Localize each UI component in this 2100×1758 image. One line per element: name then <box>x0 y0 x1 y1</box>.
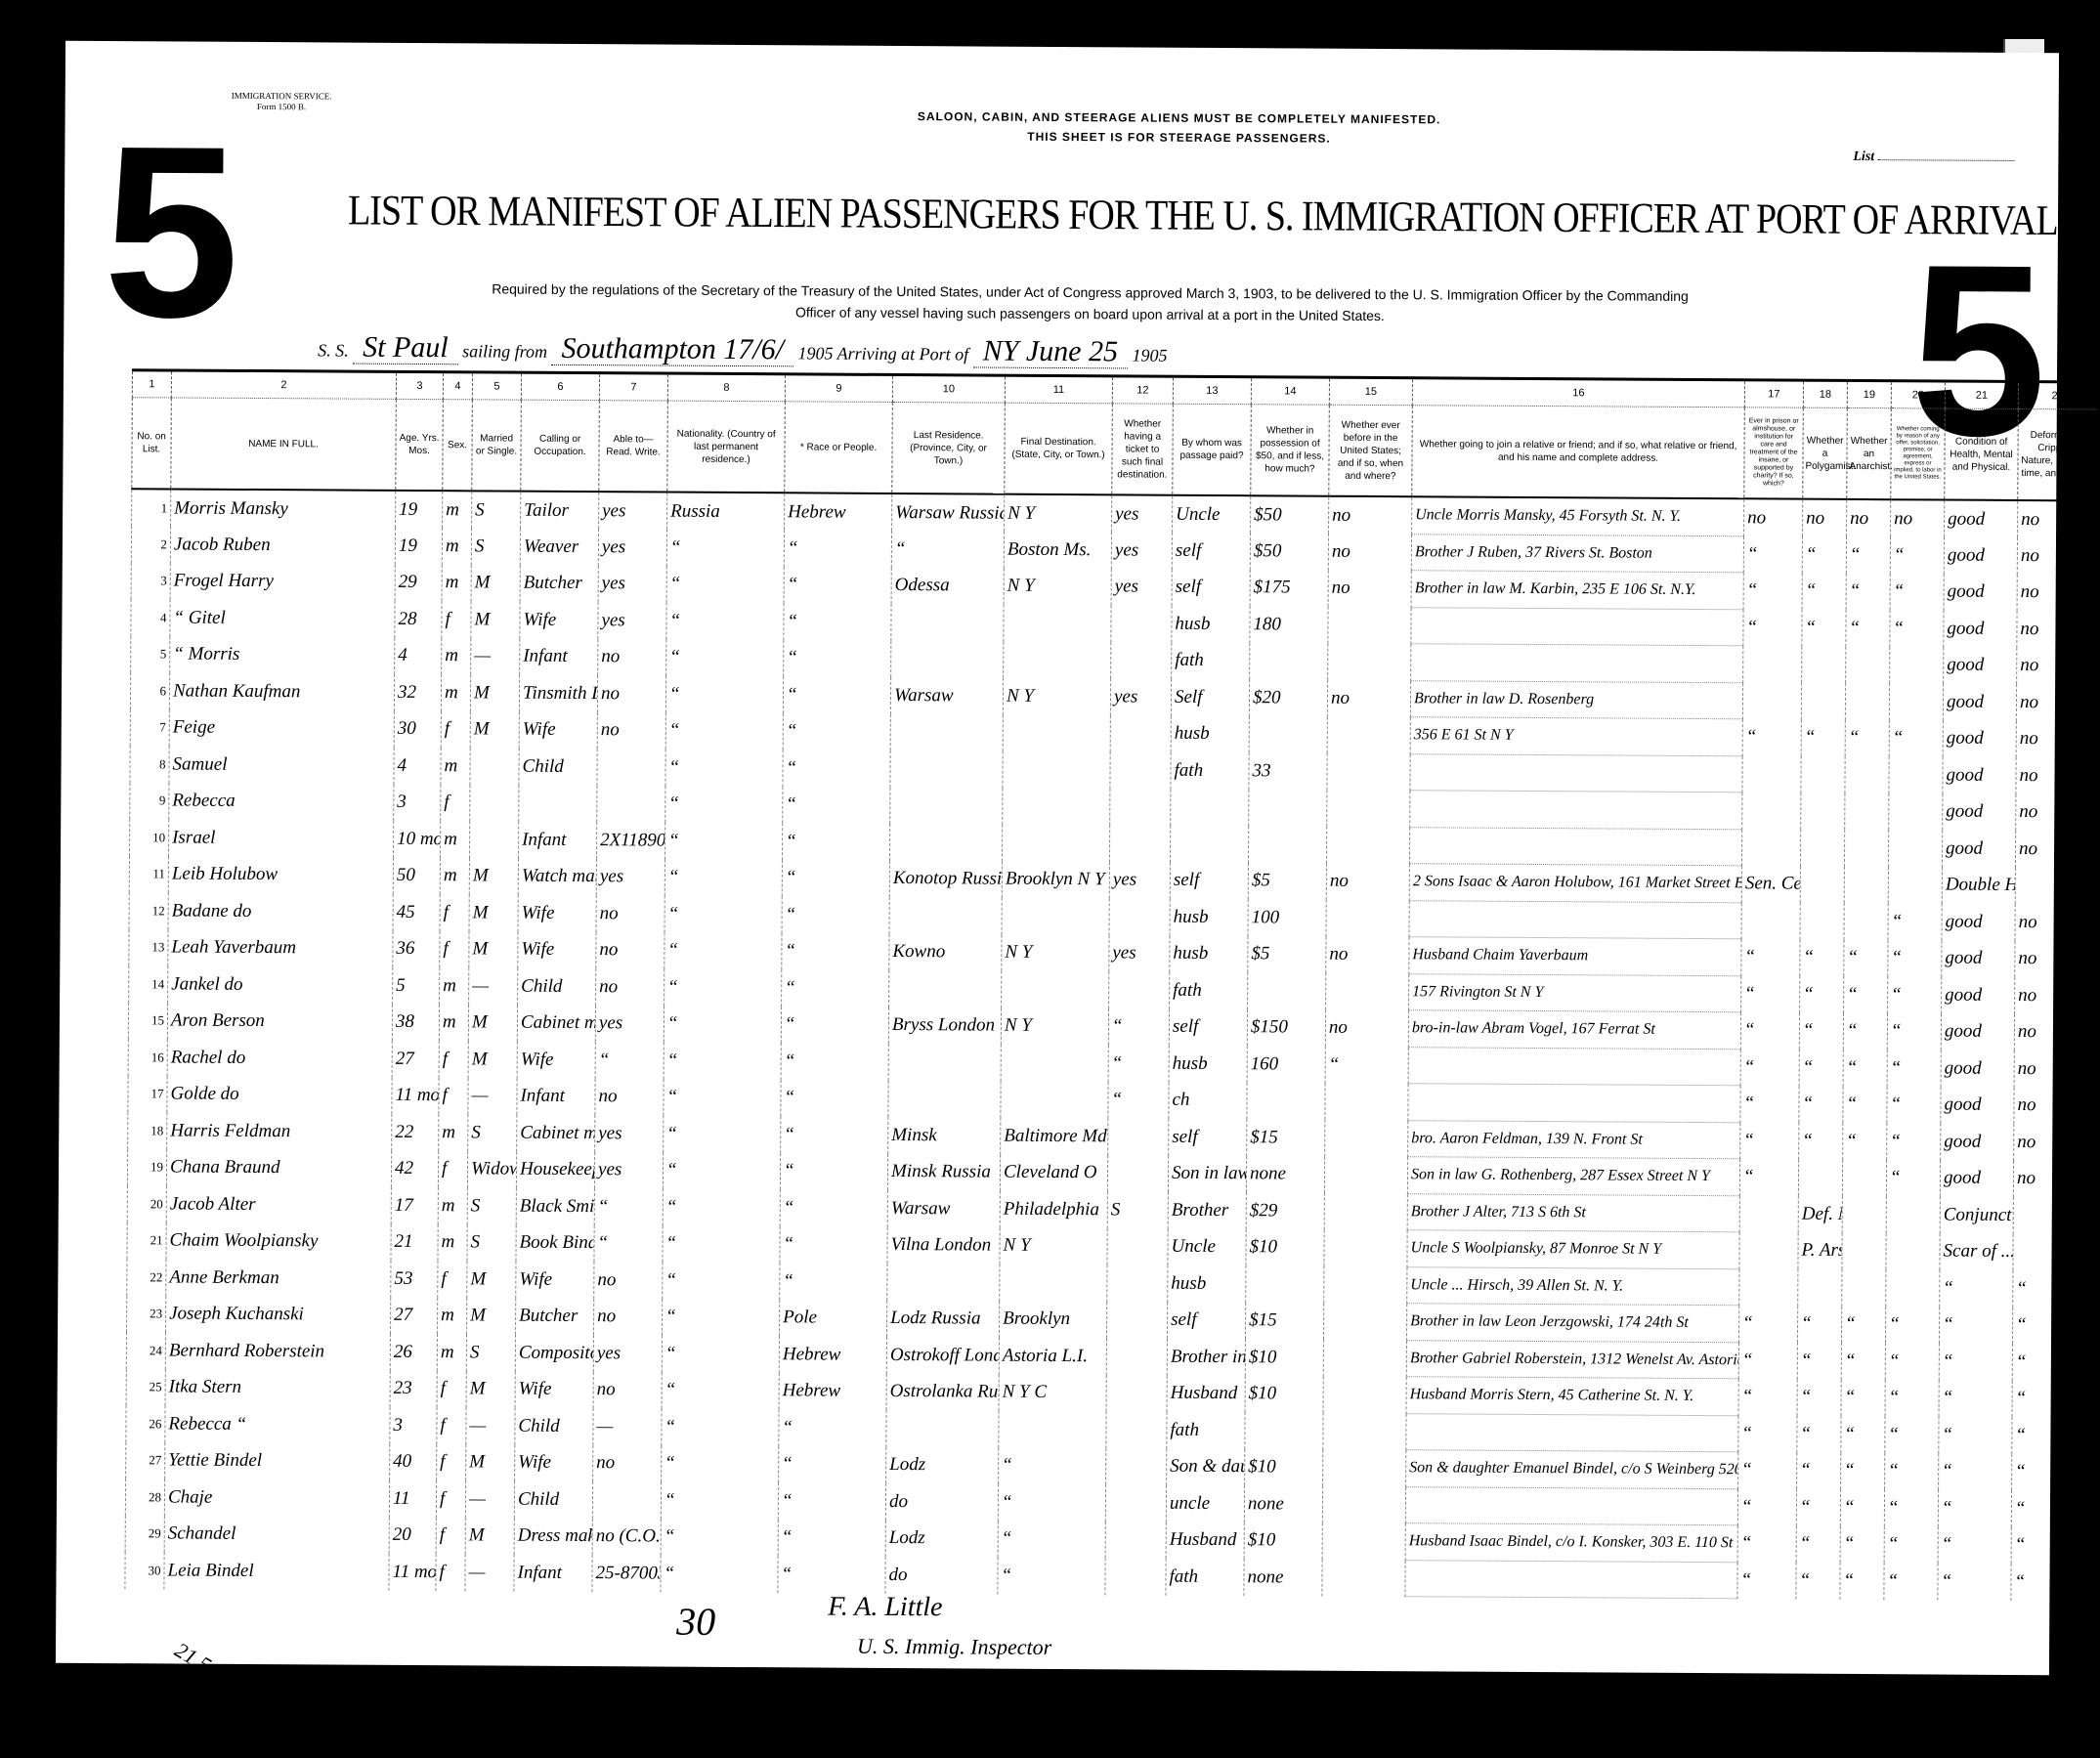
cell-married: S <box>466 1334 515 1371</box>
cell-health: good <box>1942 831 2015 868</box>
cell-nationality: “ <box>661 1519 778 1556</box>
cell-money: $50 <box>1251 495 1329 533</box>
col-header-marital: Married or Single. <box>472 400 522 492</box>
cell-health: “ <box>1938 1564 2011 1601</box>
cell-last-residence: Minsk <box>888 1117 1001 1154</box>
cell-deformed: no <box>2015 940 2093 977</box>
cell-before-us <box>1328 607 1411 644</box>
cell-paid-by <box>1171 789 1249 826</box>
cell-money: $15 <box>1247 1119 1325 1156</box>
cell-read-write: “ <box>594 1188 663 1225</box>
cell-destination: Baltimore Md <box>1001 1118 1108 1155</box>
cell-age: 5 <box>393 967 440 1005</box>
cell-money: $150 <box>1247 1009 1325 1047</box>
cell-anarchist: “ <box>1846 610 1890 647</box>
cell-deformed: no <box>2018 500 2096 537</box>
cell-before-us: no <box>1327 680 1410 717</box>
cell-prison <box>1739 1232 1798 1269</box>
cell-relative <box>1405 1486 1737 1525</box>
cell-destination <box>1002 898 1109 935</box>
cell-money: $10 <box>1246 1229 1324 1266</box>
cell-contract: “ <box>1890 574 1944 611</box>
cell-age: 42 <box>391 1150 438 1187</box>
cell-last-residence: “ <box>891 531 1004 568</box>
cell-prison <box>1739 1195 1798 1232</box>
cell-married: M <box>469 894 518 931</box>
cell-prison <box>1742 682 1801 719</box>
cell-anarchist: “ <box>1846 573 1890 610</box>
cell-last-residence: Warsaw Russia <box>892 493 1005 532</box>
cell-last-residence: Minsk Russia <box>887 1153 1000 1190</box>
cell-no: 16 <box>128 1039 167 1076</box>
cell-polygamist: “ <box>1801 719 1845 756</box>
col-header-literacy: Able to— Read. Write. <box>599 401 668 493</box>
cell-destination <box>1001 1081 1108 1118</box>
cell-name: Jacob Alter <box>166 1185 391 1223</box>
col-num-12: 12 <box>1112 377 1173 404</box>
cell-age: 45 <box>393 894 440 931</box>
cell-anarchist: “ <box>1843 1050 1887 1087</box>
cell-read-write: no <box>593 1445 662 1482</box>
cell-money: $20 <box>1249 679 1327 716</box>
cell-money: $50 <box>1250 533 1328 570</box>
cell-prison: “ <box>1740 1086 1799 1123</box>
cell-nationality: “ <box>663 1152 780 1189</box>
cell-before-us <box>1323 1413 1406 1450</box>
col-header-occupation: Calling or Occupation. <box>521 400 600 492</box>
cell-nationality: “ <box>662 1445 779 1482</box>
cell-health: Scar of ... <box>1940 1233 2013 1270</box>
cell-prison: Sen. Certs <box>1741 866 1800 903</box>
cell-sex: f <box>439 1078 468 1115</box>
cell-age: 11 mos <box>389 1554 436 1591</box>
cell-health: “ <box>1939 1380 2012 1417</box>
cell-deformed: “ <box>2011 1564 2089 1601</box>
cell-nationality: “ <box>665 712 783 750</box>
col-header-prison: Ever in prison or almshouse, or institut… <box>1744 407 1804 499</box>
cell-money: 100 <box>1248 899 1326 936</box>
cell-destination: “ <box>998 1521 1105 1558</box>
cell-age: 11 <box>389 1480 436 1518</box>
cell-destination <box>1001 1045 1108 1082</box>
cell-polygamist: “ <box>1802 573 1846 610</box>
cell-sex: m <box>440 967 469 1005</box>
cell-race: “ <box>782 860 889 897</box>
cell-paid-by: ch <box>1169 1082 1247 1119</box>
cell-before-us <box>1328 643 1411 680</box>
cell-before-us <box>1325 1120 1408 1157</box>
cell-money: $175 <box>1250 570 1328 607</box>
cell-no: 23 <box>127 1296 166 1333</box>
cell-money: $5 <box>1248 936 1326 973</box>
cell-ticket: yes <box>1109 862 1170 899</box>
cell-contract: “ <box>1885 1307 1939 1344</box>
cell-ticket: yes <box>1111 569 1172 606</box>
cell-deformed: no <box>2014 1051 2092 1088</box>
cell-occupation: Dress maker <box>514 1518 592 1555</box>
cell-deformed: no <box>2014 1013 2092 1051</box>
cell-polygamist <box>1801 683 1845 720</box>
cell-destination <box>1003 788 1110 825</box>
cell-occupation: Child <box>515 1408 593 1445</box>
cell-last-residence: Odessa <box>891 567 1004 604</box>
cell-race: “ <box>780 1189 887 1226</box>
cell-prison: “ <box>1740 1122 1799 1159</box>
col-num-7: 7 <box>599 374 667 401</box>
cell-no: 28 <box>125 1479 164 1516</box>
cell-ticket: “ <box>1108 1045 1169 1082</box>
cell-deformed: no <box>2015 831 2093 868</box>
col-num-15: 15 <box>1329 379 1412 406</box>
cell-health: good <box>1941 1087 2014 1124</box>
col-num-11: 11 <box>1005 377 1112 404</box>
col-num-21: 21 <box>1945 383 2018 409</box>
cell-race: “ <box>778 1520 885 1557</box>
cell-prison: “ <box>1738 1379 1797 1416</box>
list-number-left: 5 <box>103 109 240 355</box>
cell-sex: f <box>441 785 470 822</box>
cell-occupation: Infant <box>517 1078 595 1115</box>
cell-paid-by: self <box>1167 1302 1245 1339</box>
cell-relative: bro-in-law Abram Vogel, 167 Ferrat St <box>1408 1010 1740 1050</box>
cell-contract: no <box>1891 499 1945 536</box>
cell-deformed: no <box>2015 977 2093 1014</box>
cell-destination <box>1002 825 1109 862</box>
sailing-year: 1905 <box>797 343 833 363</box>
cell-paid-by: husb <box>1169 1046 1247 1083</box>
cell-health: “ <box>1939 1344 2012 1381</box>
cell-name: Nathan Kaufman <box>169 672 394 710</box>
cell-race: “ <box>780 1153 887 1190</box>
cell-nationality: “ <box>666 530 784 567</box>
cell-no: 25 <box>126 1369 165 1406</box>
cell-married: — <box>471 638 520 675</box>
cell-ticket <box>1110 751 1171 789</box>
col-num-13: 13 <box>1173 378 1251 405</box>
cell-race: “ <box>781 1043 888 1080</box>
cell-anarchist: “ <box>1840 1525 1884 1563</box>
cell-anarchist <box>1845 683 1889 720</box>
cell-sex: m <box>442 528 471 565</box>
cell-married: S <box>468 1114 517 1151</box>
cell-deformed: no <box>2016 720 2094 757</box>
cell-before-us <box>1326 827 1409 864</box>
cell-no: 26 <box>126 1405 165 1442</box>
cell-last-residence <box>889 970 1002 1008</box>
cell-ticket <box>1107 1265 1168 1302</box>
cell-deformed: “ <box>2011 1526 2089 1564</box>
cell-paid-by: Son & daughter <box>1167 1448 1245 1485</box>
cell-race: Pole <box>780 1300 887 1337</box>
cell-occupation: Child <box>514 1481 592 1519</box>
cell-anarchist <box>1844 866 1888 903</box>
cell-nationality: “ <box>666 603 784 640</box>
cell-ticket <box>1108 1118 1169 1155</box>
cell-nationality: “ <box>662 1409 779 1446</box>
cell-sex: f <box>438 1151 467 1188</box>
cell-polygamist: P. Ars. Mem. <box>1798 1232 1842 1269</box>
manifest-table: 1 2 3 4 5 6 7 8 9 10 11 12 13 14 15 16 1 <box>124 368 2057 1601</box>
cell-nationality: “ <box>661 1482 778 1520</box>
cell-age: 36 <box>393 930 440 967</box>
cell-married: — <box>469 967 518 1005</box>
cell-ticket <box>1107 1155 1168 1192</box>
cell-paid-by: husb <box>1170 899 1248 936</box>
cell-before-us <box>1327 790 1410 827</box>
cell-last-residence: Ostrokoff London <box>886 1337 999 1374</box>
cell-read-write: no <box>596 932 664 969</box>
cell-sex: m <box>438 1187 467 1224</box>
cell-age: 30 <box>394 710 441 748</box>
ss-label: S. S. <box>318 340 349 360</box>
passenger-rows: 1Morris Mansky19mSTailoryesRussiaHebrewW… <box>125 489 2096 1601</box>
cell-health: good <box>1942 904 2015 941</box>
cell-age: 21 <box>391 1223 438 1261</box>
cell-before-us <box>1323 1449 1406 1486</box>
cell-deformed: no <box>2016 757 2094 794</box>
cell-relative: Son in law G. Rothenberg, 287 Essex Stre… <box>1407 1157 1739 1196</box>
cell-health: “ <box>1938 1526 2011 1564</box>
cell-polygamist: “ <box>1802 536 1846 574</box>
cell-contract <box>1886 1196 1940 1233</box>
cell-age: 4 <box>394 748 441 785</box>
cell-relative: Brother in law Leon Jerzgowski, 174 24th… <box>1406 1304 1738 1343</box>
cell-before-us <box>1326 973 1409 1010</box>
cell-before-us: no <box>1328 570 1411 607</box>
cell-destination: N Y <box>1005 494 1112 533</box>
cell-name: Anne Berkman <box>166 1259 391 1297</box>
cell-paid-by: self <box>1169 1119 1247 1156</box>
cell-ticket: yes <box>1109 935 1170 972</box>
cell-paid-by <box>1170 826 1248 863</box>
cell-race: “ <box>782 823 889 860</box>
cell-name: Bernhard Roberstein <box>165 1332 390 1370</box>
cell-name: Chaje <box>164 1479 389 1517</box>
cell-sex: m <box>439 1114 468 1151</box>
cell-polygamist: “ <box>1797 1306 1841 1343</box>
cell-health: “ <box>1939 1417 2012 1454</box>
cell-read-write: no <box>597 675 665 712</box>
cell-last-residence <box>890 750 1003 788</box>
cell-health: good <box>1943 793 2016 831</box>
cell-no: 3 <box>131 563 170 600</box>
cell-age: 4 <box>395 637 442 674</box>
arrival-port-date: NY June 25 <box>973 334 1129 368</box>
cell-read-write: yes <box>594 1152 663 1189</box>
cell-nationality: “ <box>662 1372 779 1409</box>
cell-no: 12 <box>129 892 168 929</box>
cell-health: good <box>1945 500 2018 537</box>
cell-name: Leah Yaverbaum <box>168 929 393 967</box>
cell-occupation: Butcher <box>520 565 598 602</box>
cell-relative: bro. Aaron Feldman, 139 N. Front St <box>1408 1120 1740 1159</box>
cell-read-write: no <box>593 1372 662 1409</box>
cell-contract <box>1888 867 1942 904</box>
cell-occupation: Cabinet maker <box>517 1115 595 1152</box>
cell-occupation: Butcher <box>516 1298 594 1335</box>
cell-read-write: “ <box>594 1225 663 1263</box>
cell-name: Aron Berson <box>167 1003 392 1041</box>
cell-no: 30 <box>125 1552 164 1589</box>
cell-ticket <box>1110 715 1171 752</box>
cell-occupation: Black Smith <box>516 1188 594 1225</box>
cell-prison: “ <box>1740 1049 1799 1086</box>
cell-relative: Brother Gabriel Roberstein, 1312 Wenelst… <box>1406 1340 1738 1379</box>
col-header-money: Whether in possession of $50, and if les… <box>1251 405 1330 496</box>
corner-note: 21 5 4 <box>170 1638 230 1687</box>
cell-last-residence <box>891 640 1004 677</box>
cell-health: “ <box>1939 1307 2012 1344</box>
cell-polygamist: “ <box>1797 1379 1841 1416</box>
cell-name: Morris Mansky <box>171 489 396 527</box>
col-header-deformed: Deformed or Crippled. Nature, length of … <box>2018 408 2097 500</box>
cell-age: 40 <box>390 1443 437 1480</box>
cell-age: 53 <box>391 1261 438 1298</box>
requirement-text: Required by the regulations of the Secre… <box>249 277 1930 330</box>
cell-no: 20 <box>127 1185 166 1222</box>
cell-destination: N Y C <box>999 1374 1106 1411</box>
cell-deformed: “ <box>2012 1380 2090 1417</box>
cell-money <box>1245 1412 1323 1449</box>
cell-race: “ <box>782 896 889 933</box>
cell-relative: Husband Isaac Bindel, c/o I. Konsker, 30… <box>1405 1523 1737 1563</box>
cell-sex: f <box>436 1480 465 1518</box>
col-header-contract-labor: Whether coming by reason of any offer, s… <box>1891 408 1946 500</box>
cell-occupation: Wife <box>516 1262 594 1299</box>
cell-name: Chana Braund <box>166 1149 391 1187</box>
cell-deformed: no <box>2014 1124 2092 1161</box>
cell-sex: f <box>440 931 469 968</box>
cell-race: “ <box>779 1446 886 1483</box>
cell-before-us <box>1324 1193 1407 1230</box>
notice-line-2: THIS SHEET IS FOR STEERAGE PASSENGERS. <box>788 125 1569 150</box>
manifest-notice: SALOON, CABIN, AND STEERAGE ALIENS MUST … <box>788 106 1569 150</box>
cell-deformed: no <box>2017 537 2095 575</box>
cell-nationality: “ <box>662 1336 779 1373</box>
cell-before-us <box>1327 716 1410 753</box>
cell-no: 27 <box>126 1442 165 1479</box>
cell-age: 19 <box>395 528 442 565</box>
cell-before-us <box>1322 1522 1405 1560</box>
cell-relative <box>1411 607 1743 646</box>
cell-paid-by: fath <box>1170 972 1248 1009</box>
cell-race: “ <box>784 567 891 604</box>
cell-polygamist: “ <box>1800 976 1844 1013</box>
arrival-year: 1905 <box>1132 345 1167 364</box>
cell-contract <box>1886 1233 1940 1270</box>
cell-last-residence: Warsaw <box>890 677 1003 714</box>
cell-no: 11 <box>129 856 168 893</box>
cell-paid-by: husb <box>1168 1265 1246 1303</box>
cell-last-residence <box>888 1044 1001 1081</box>
col-num-18: 18 <box>1803 382 1847 408</box>
cell-ticket <box>1109 825 1170 862</box>
cell-race: “ <box>784 640 891 677</box>
service-name: IMMIGRATION SERVICE. <box>232 91 332 103</box>
cell-anarchist: “ <box>1841 1452 1885 1489</box>
cell-destination <box>1004 641 1111 678</box>
cell-deformed: no <box>2017 647 2095 684</box>
cell-anarchist: “ <box>1846 536 1890 574</box>
cell-sex: f <box>441 711 470 749</box>
cell-ticket <box>1106 1375 1167 1412</box>
cell-no: 13 <box>129 929 168 966</box>
cell-married: — <box>466 1407 515 1444</box>
cell-read-write: no (C.O. 205-9/29/39) <box>592 1519 661 1556</box>
col-header-list-number: No. on List. <box>132 398 172 490</box>
cell-ticket <box>1110 789 1171 826</box>
race-footnote: * “Race or People” is to be determined b… <box>730 1667 1393 1683</box>
cell-paid-by: Uncle <box>1168 1228 1246 1265</box>
cell-race: “ <box>780 1263 887 1300</box>
cell-ticket <box>1105 1484 1166 1522</box>
cell-race: “ <box>784 603 891 640</box>
cell-occupation: Wife <box>517 1042 595 1079</box>
cell-before-us: “ <box>1325 1047 1408 1084</box>
cell-age: 27 <box>392 1041 439 1078</box>
cell-before-us <box>1323 1303 1406 1340</box>
cell-ticket: “ <box>1108 1008 1169 1046</box>
cell-destination: “ <box>998 1558 1105 1595</box>
cell-read-write: — <box>593 1408 662 1445</box>
cell-health: good <box>1944 537 2017 575</box>
cell-destination <box>999 1411 1106 1448</box>
cell-no: 14 <box>129 965 168 1003</box>
cell-health: good <box>1942 977 2015 1014</box>
document-title: LIST OR MANIFEST OF ALIEN PASSENGERS FOR… <box>348 186 1892 244</box>
cell-polygamist: “ <box>1799 1123 1843 1160</box>
cell-occupation: Wife <box>519 711 597 749</box>
cell-prison: “ <box>1741 975 1800 1012</box>
cell-nationality: “ <box>664 896 782 933</box>
cell-money: none <box>1244 1485 1322 1522</box>
cell-relative: Husband Morris Stern, 45 Catherine St. N… <box>1406 1377 1738 1416</box>
list-label: List <box>1853 150 1874 164</box>
cell-polygamist: “ <box>1796 1489 1840 1526</box>
cell-no: 2 <box>131 526 170 563</box>
cell-race: “ <box>783 676 890 713</box>
cell-sex: m <box>438 1298 467 1335</box>
cell-deformed: no <box>2015 904 2093 941</box>
cell-occupation: Cabinet maker <box>517 1005 595 1042</box>
cell-anarchist <box>1846 646 1890 683</box>
cell-last-residence <box>890 713 1003 750</box>
cell-destination: Brooklyn <box>1000 1301 1107 1338</box>
cell-health: good <box>1942 940 2015 977</box>
cell-money <box>1246 1265 1324 1303</box>
cell-contract: “ <box>1884 1489 1938 1526</box>
cell-ticket <box>1105 1558 1166 1595</box>
cell-ticket: yes <box>1110 678 1171 715</box>
cell-married <box>470 748 519 785</box>
cell-polygamist <box>1798 1159 1842 1196</box>
cell-paid-by: uncle <box>1166 1485 1244 1522</box>
cell-deformed: no <box>2017 611 2095 648</box>
cell-name: Feige <box>169 709 394 748</box>
cell-prison <box>1742 755 1801 793</box>
cell-ticket: “ <box>1108 1082 1169 1119</box>
inspector-title: U. S. Immig. Inspector <box>857 1634 1051 1660</box>
cell-health: good <box>1941 1013 2014 1051</box>
cell-nationality: “ <box>664 1043 781 1080</box>
col-num-8: 8 <box>667 375 785 402</box>
cell-polygamist: “ <box>1796 1563 1840 1600</box>
cell-no: 6 <box>130 672 169 709</box>
cell-occupation: Watch maker <box>518 858 596 895</box>
col-num-3: 3 <box>396 373 443 400</box>
cell-polygamist: “ <box>1797 1343 1841 1380</box>
cell-money: $10 <box>1245 1376 1323 1413</box>
